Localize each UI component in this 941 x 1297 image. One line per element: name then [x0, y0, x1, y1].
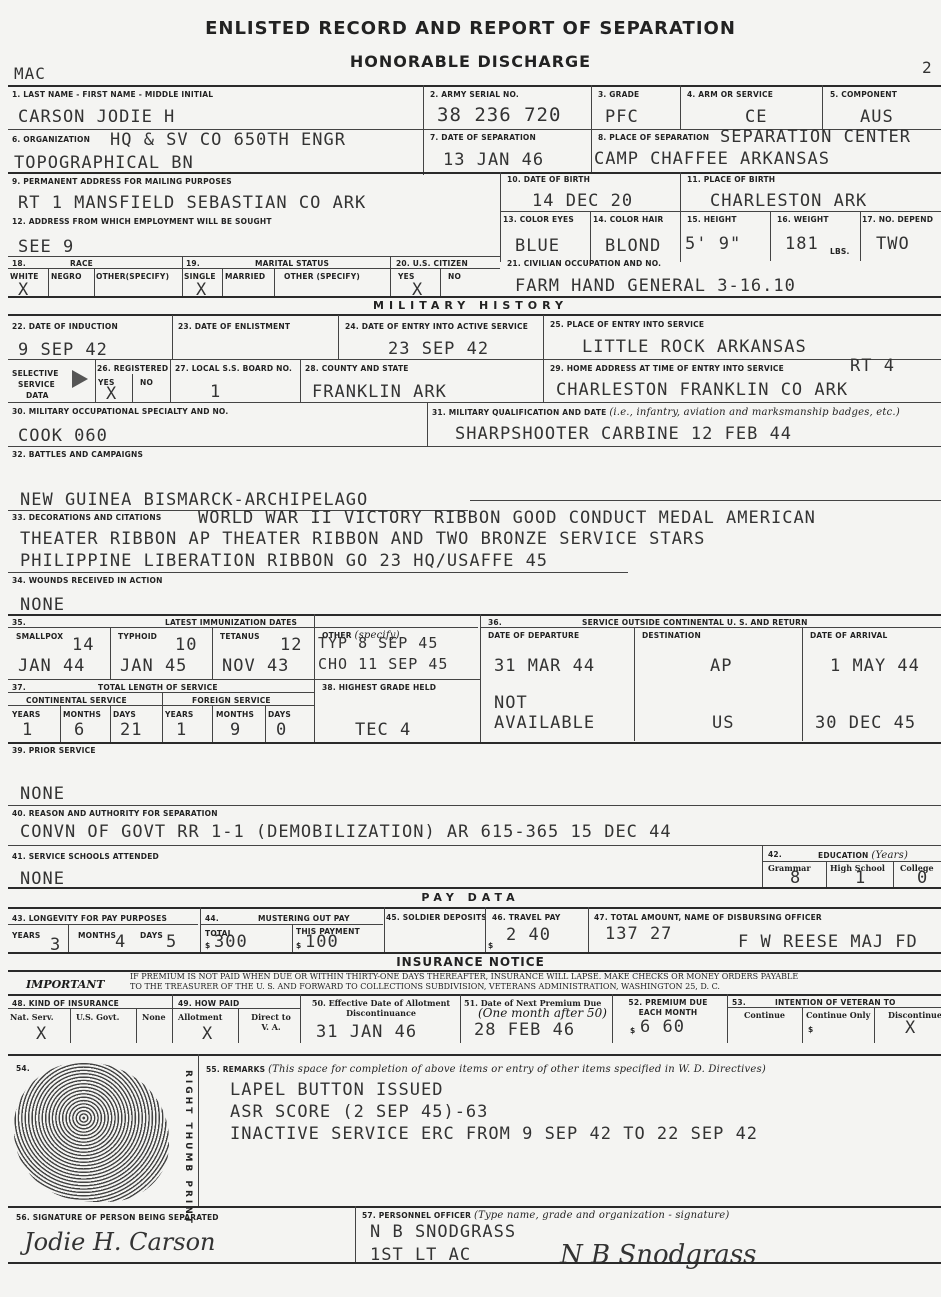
- f20-label: 20. U.S. CITIZEN: [396, 259, 468, 268]
- corner-annotation-left: MAC: [14, 64, 46, 83]
- f10-label: 10. DATE OF BIRTH: [507, 175, 590, 184]
- f44-num: 44.: [205, 914, 219, 923]
- destination-row1: AP: [710, 656, 732, 676]
- foreign-months-label: MONTHS: [216, 710, 254, 719]
- height-value: 5' 9": [685, 234, 741, 254]
- f49-label: 49. HOW PAID: [178, 999, 239, 1008]
- f37-label: TOTAL LENGTH OF SERVICE: [98, 683, 218, 692]
- f53-label: INTENTION OF VETERAN TO: [775, 998, 896, 1007]
- f51-label-note: (One month after 50): [478, 1006, 607, 1020]
- f19-num: 19.: [186, 259, 200, 268]
- travel-pay-currency: $: [488, 941, 493, 950]
- f23-label: 23. DATE OF ENLISTMENT: [178, 322, 290, 331]
- f18-label: RACE: [70, 259, 93, 268]
- separation-place-line1: SEPARATION CENTER: [720, 127, 911, 147]
- departure-row2: NOT AVAILABLE: [494, 693, 594, 733]
- next-premium-value: 28 FEB 46: [474, 1020, 575, 1040]
- citizen-option-no: NO: [448, 272, 461, 281]
- permanent-address-value: RT 1 MANSFIELD SEBASTIAN CO ARK: [18, 193, 366, 213]
- typhoid-day: 10: [175, 635, 197, 655]
- f21-label: 21. CIVILIAN OCCUPATION AND NO.: [507, 259, 661, 268]
- registered-no-label: NO: [140, 378, 153, 387]
- how-paid-checkbox-allotment[interactable]: X: [202, 1024, 213, 1044]
- cont-years-label: YEARS: [12, 710, 41, 719]
- f13-label: 13. COLOR EYES: [503, 215, 574, 224]
- how-paid-opt-direct: Direct to V. A.: [246, 1012, 296, 1032]
- intention-checkbox-discontinue[interactable]: X: [905, 1018, 916, 1038]
- hair-color-value: BLOND: [605, 236, 661, 256]
- f47-label: 47. TOTAL AMOUNT, NAME OF DISBURSING OFF…: [594, 913, 822, 922]
- total-amount-value: 137 27: [605, 924, 672, 944]
- longevity-years-label: YEARS: [12, 931, 41, 940]
- tetanus-label: TETANUS: [220, 632, 260, 641]
- marital-option-married: MARRIED: [225, 272, 265, 281]
- induction-date-value: 9 SEP 42: [18, 340, 108, 360]
- wounds-value: NONE: [20, 595, 65, 615]
- decorations-line1: WORLD WAR II VICTORY RIBBON GOOD CONDUCT…: [198, 508, 816, 528]
- f48-label: 48. KIND OF INSURANCE: [12, 999, 119, 1008]
- college-value: 0: [917, 868, 928, 888]
- f18-num: 18.: [12, 259, 26, 268]
- cont-days-label: DAYS: [113, 710, 136, 719]
- decorations-line2: THEATER RIBBON AP THEATER RIBBON AND TWO…: [20, 529, 705, 549]
- organization-value-line2: TOPOGRAPHICAL BN: [14, 153, 194, 173]
- mustering-this-currency: $: [296, 941, 301, 950]
- foreign-months-value: 9: [230, 720, 241, 740]
- f42-label: EDUCATION (Years): [818, 850, 908, 861]
- longevity-months-value: 4: [115, 932, 126, 952]
- birth-date-value: 14 DEC 20: [532, 191, 633, 211]
- f1-label: 1. LAST NAME - FIRST NAME - MIDDLE INITI…: [12, 90, 213, 99]
- f29-label: 29. HOME ADDRESS AT TIME OF ENTRY INTO S…: [550, 364, 784, 373]
- f50-label: 50. Effective Date of Allotment Disconti…: [306, 998, 456, 1018]
- battles-value: NEW GUINEA BISMARCK-ARCHIPELAGO: [20, 490, 368, 510]
- intention-opt-continue-only: Continue Only: [806, 1010, 870, 1020]
- f35-num: 35.: [12, 618, 26, 627]
- f22-label: 22. DATE OF INDUCTION: [12, 322, 118, 331]
- foreign-years-label: YEARS: [165, 710, 194, 719]
- personnel-officer-signature: N B Snodgrass: [560, 1240, 757, 1270]
- prior-service-value: NONE: [20, 784, 65, 804]
- marital-option-other: OTHER (specify): [284, 272, 360, 281]
- weight-unit: LBS.: [830, 247, 850, 256]
- f3-label: 3. GRADE: [598, 90, 639, 99]
- longevity-days-label: DAYS: [140, 931, 163, 940]
- f35-label: LATEST IMMUNIZATION DATES: [165, 618, 297, 627]
- component-value: AUS: [860, 107, 894, 127]
- destination-row2: US: [712, 713, 734, 733]
- f36-num: 36.: [488, 618, 502, 627]
- cont-months-value: 6: [74, 720, 85, 740]
- departure-col-header: DATE OF DEPARTURE: [488, 631, 579, 640]
- longevity-days-value: 5: [166, 932, 177, 952]
- dependents-value: TWO: [876, 234, 910, 254]
- f16-label: 16. WEIGHT: [777, 215, 829, 224]
- insurance-checkbox-nat-serv[interactable]: X: [36, 1024, 47, 1044]
- f15-label: 15. HEIGHT: [687, 215, 737, 224]
- qualification-value: SHARPSHOOTER CARBINE 12 FEB 44: [455, 424, 792, 444]
- f45-label: 45. SOLDIER DEPOSITS: [386, 913, 487, 922]
- eye-color-value: BLUE: [515, 236, 560, 256]
- service-schools-value: NONE: [20, 869, 65, 889]
- f31-label: 31. MILITARY QUALIFICATION AND DATE (i.e…: [432, 407, 900, 418]
- entry-place-value: LITTLE ROCK ARKANSAS: [582, 337, 807, 357]
- weight-value: 181: [785, 234, 819, 254]
- name-value: CARSON JODIE H: [18, 107, 175, 127]
- premium-currency: $: [630, 1026, 635, 1035]
- registered-checkbox-yes[interactable]: X: [106, 384, 117, 404]
- mustering-total-currency: $: [205, 941, 210, 950]
- smallpox-label: SMALLPOX: [16, 632, 63, 641]
- home-address-line2: CHARLESTON FRANKLIN CO ARK: [556, 380, 848, 400]
- allotment-discontinuance-value: 31 JAN 46: [316, 1022, 417, 1042]
- selective-service-line1: SELECTIVE: [12, 369, 59, 378]
- smallpox-day: 14: [72, 635, 94, 655]
- continental-service-label: CONTINENTAL SERVICE: [26, 696, 127, 705]
- foreign-service-label: FOREIGN SERVICE: [192, 696, 271, 705]
- longevity-months-label: MONTHS: [78, 931, 116, 940]
- selective-service-line2: SERVICE: [18, 380, 55, 389]
- document-subtitle: HONORABLE DISCHARGE: [0, 52, 941, 71]
- f55-label: 55. REMARKS (This space for completion o…: [206, 1064, 766, 1075]
- intention-currency: $: [808, 1025, 813, 1034]
- departure-row1: 31 MAR 44: [494, 656, 595, 676]
- tetanus-day: 12: [280, 635, 302, 655]
- destination-col-header: DESTINATION: [642, 631, 701, 640]
- cont-days-value: 21: [120, 720, 142, 740]
- home-address-line1: RT 4: [850, 356, 895, 376]
- f40-label: 40. REASON AND AUTHORITY FOR SEPARATION: [12, 809, 218, 818]
- f12-label: 12. ADDRESS FROM WHICH EMPLOYMENT WILL B…: [12, 217, 272, 226]
- smallpox-date: JAN 44: [18, 656, 85, 676]
- section-pay-data: PAY DATA: [0, 891, 941, 904]
- f19-label: MARITAL STATUS: [255, 259, 329, 268]
- grammar-value: 8: [790, 868, 801, 888]
- f54-num: 54.: [16, 1064, 30, 1073]
- how-paid-opt-allotment: Allotment: [178, 1012, 222, 1022]
- mustering-this-payment-value: 100: [305, 932, 339, 952]
- employment-address-value: SEE 9: [18, 237, 74, 257]
- right-thumb-print-label: RIGHT THUMB PRINT: [183, 1070, 193, 1226]
- arm-service-value: CE: [745, 107, 767, 127]
- serial-number-value: 38 236 720: [437, 104, 561, 126]
- f7-label: 7. DATE OF SEPARATION: [430, 133, 536, 142]
- organization-value-line1: HQ & SV CO 650TH ENGR: [110, 130, 346, 150]
- mos-value: COOK 060: [18, 426, 108, 446]
- insurance-opt-us-govt: U.S. Govt.: [76, 1012, 119, 1022]
- foreign-years-value: 1: [176, 720, 187, 740]
- premium-value: 6 60: [640, 1017, 685, 1037]
- important-label: IMPORTANT: [26, 978, 104, 991]
- f14-label: 14. COLOR HAIR: [593, 215, 664, 224]
- board-number-value: 1: [210, 382, 221, 402]
- f46-label: 46. TRAVEL PAY: [492, 913, 561, 922]
- tetanus-date: NOV 43: [222, 656, 289, 676]
- travel-pay-value: 2 40: [506, 925, 551, 945]
- section-military-history: MILITARY HISTORY: [0, 299, 941, 312]
- f17-label: 17. NO. DEPEND: [862, 215, 933, 224]
- insurance-opt-nat-serv: Nat. Serv.: [10, 1012, 53, 1022]
- document-title: ENLISTED RECORD AND REPORT OF SEPARATION: [0, 18, 941, 39]
- f25-label: 25. PLACE OF ENTRY INTO SERVICE: [550, 320, 704, 329]
- separation-place-line2: CAMP CHAFFEE ARKANSAS: [594, 149, 830, 169]
- typhoid-date: JAN 45: [120, 656, 187, 676]
- f9-label: 9. PERMANENT ADDRESS FOR MAILING PURPOSE…: [12, 177, 232, 186]
- page-number: 2: [922, 58, 933, 77]
- separation-date-value: 13 JAN 46: [443, 150, 544, 170]
- personnel-officer-name: N B SNODGRASS: [370, 1222, 516, 1242]
- f32-label: 32. BATTLES AND CAMPAIGNS: [12, 450, 143, 459]
- f11-label: 11. PLACE OF BIRTH: [687, 175, 775, 184]
- f4-label: 4. ARM OR SERVICE: [687, 90, 773, 99]
- notice-line1: IF PREMIUM IS NOT PAID WHEN DUE OR WITHI…: [130, 972, 941, 982]
- f56-label: 56. SIGNATURE OF PERSON BEING SEPARATED: [16, 1213, 219, 1222]
- remark-line3: INACTIVE SERVICE ERC FROM 9 SEP 42 TO 22…: [230, 1124, 758, 1144]
- foreign-days-label: DAYS: [268, 710, 291, 719]
- race-option-negro: NEGRO: [51, 272, 82, 281]
- cont-years-value: 1: [22, 720, 33, 740]
- other-immunization-line2: CHO 11 SEP 45: [318, 655, 448, 673]
- high-school-value: 1: [855, 868, 866, 888]
- f27-label: 27. LOCAL S.S. BOARD NO.: [175, 364, 292, 373]
- f39-label: 39. PRIOR SERVICE: [12, 746, 96, 755]
- race-option-other: OTHER(specify): [96, 272, 169, 281]
- f43-label: 43. LONGEVITY FOR PAY PURPOSES: [12, 914, 167, 923]
- section-insurance-notice: INSURANCE NOTICE: [0, 955, 941, 969]
- f28-label: 28. COUNTY AND STATE: [305, 364, 409, 373]
- insurance-notice-text: IF PREMIUM IS NOT PAID WHEN DUE OR WITHI…: [130, 972, 941, 992]
- highest-grade-value: TEC 4: [355, 720, 411, 740]
- decorations-line3: PHILIPPINE LIBERATION RIBBON GO 23 HQ/US…: [20, 551, 548, 571]
- other-immunization-line1: TYP 8 SEP 45: [318, 634, 438, 652]
- f30-label: 30. MILITARY OCCUPATIONAL SPECIALTY AND …: [12, 407, 228, 416]
- f26-label: 26. REGISTERED: [97, 364, 168, 373]
- active-service-date-value: 23 SEP 42: [388, 339, 489, 359]
- f24-label: 24. DATE OF ENTRY INTO ACTIVE SERVICE: [345, 322, 528, 331]
- f8-label: 8. PLACE OF SEPARATION: [598, 133, 709, 142]
- remark-line2: ASR SCORE (2 SEP 45)-63: [230, 1102, 488, 1122]
- f41-label: 41. SERVICE SCHOOLS ATTENDED: [12, 852, 159, 861]
- f57-label: 57. PERSONNEL OFFICER (Type name, grade …: [362, 1210, 730, 1221]
- separation-reason-value: CONVN OF GOVT RR 1-1 (DEMOBILIZATION) AR…: [20, 822, 672, 842]
- notice-line2: TO THE TREASURER OF THE U. S. AND FORWAR…: [130, 982, 941, 992]
- foreign-days-value: 0: [276, 720, 287, 740]
- f2-label: 2. ARMY SERIAL NO.: [430, 90, 519, 99]
- right-thumb-print-image: [14, 1062, 169, 1202]
- disbursing-officer-value: F W REESE MAJ FD: [738, 932, 918, 952]
- arrival-col-header: DATE OF ARRIVAL: [810, 631, 887, 640]
- f36-label: SERVICE OUTSIDE CONTINENTAL U. S. AND RE…: [582, 618, 808, 627]
- separated-person-signature: Jodie H. Carson: [24, 1228, 216, 1256]
- typhoid-label: TYPHOID: [118, 632, 157, 641]
- f34-label: 34. WOUNDS RECEIVED IN ACTION: [12, 576, 163, 585]
- birth-place-value: CHARLESTON ARK: [710, 191, 867, 211]
- f52-label: 52. PREMIUM DUE EACH MONTH: [618, 998, 718, 1018]
- selective-service-emblem-icon: [72, 370, 88, 388]
- f53-num: 53.: [732, 998, 746, 1007]
- cont-months-label: MONTHS: [63, 710, 101, 719]
- selective-service-line3: DATA: [26, 391, 49, 400]
- arrival-row2: 30 DEC 45: [815, 713, 916, 733]
- arrival-row1: 1 MAY 44: [830, 656, 920, 676]
- remark-line1: LAPEL BUTTON ISSUED: [230, 1080, 443, 1100]
- civilian-occupation-value: FARM HAND GENERAL 3-16.10: [515, 276, 796, 296]
- intention-opt-continue: Continue: [744, 1010, 785, 1020]
- f37-num: 37.: [12, 683, 26, 692]
- county-state-value: FRANKLIN ARK: [312, 382, 447, 402]
- f42-num: 42.: [768, 850, 782, 859]
- f38-label: 38. HIGHEST GRADE HELD: [322, 683, 436, 692]
- f5-label: 5. COMPONENT: [830, 90, 897, 99]
- f6-label: 6. ORGANIZATION: [12, 135, 90, 144]
- insurance-opt-none: None: [142, 1012, 166, 1022]
- f33-label: 33. DECORATIONS AND CITATIONS: [12, 513, 161, 522]
- grade-value: PFC: [605, 107, 639, 127]
- mustering-total-value: 300: [214, 932, 248, 952]
- f44-label: MUSTERING OUT PAY: [258, 914, 350, 923]
